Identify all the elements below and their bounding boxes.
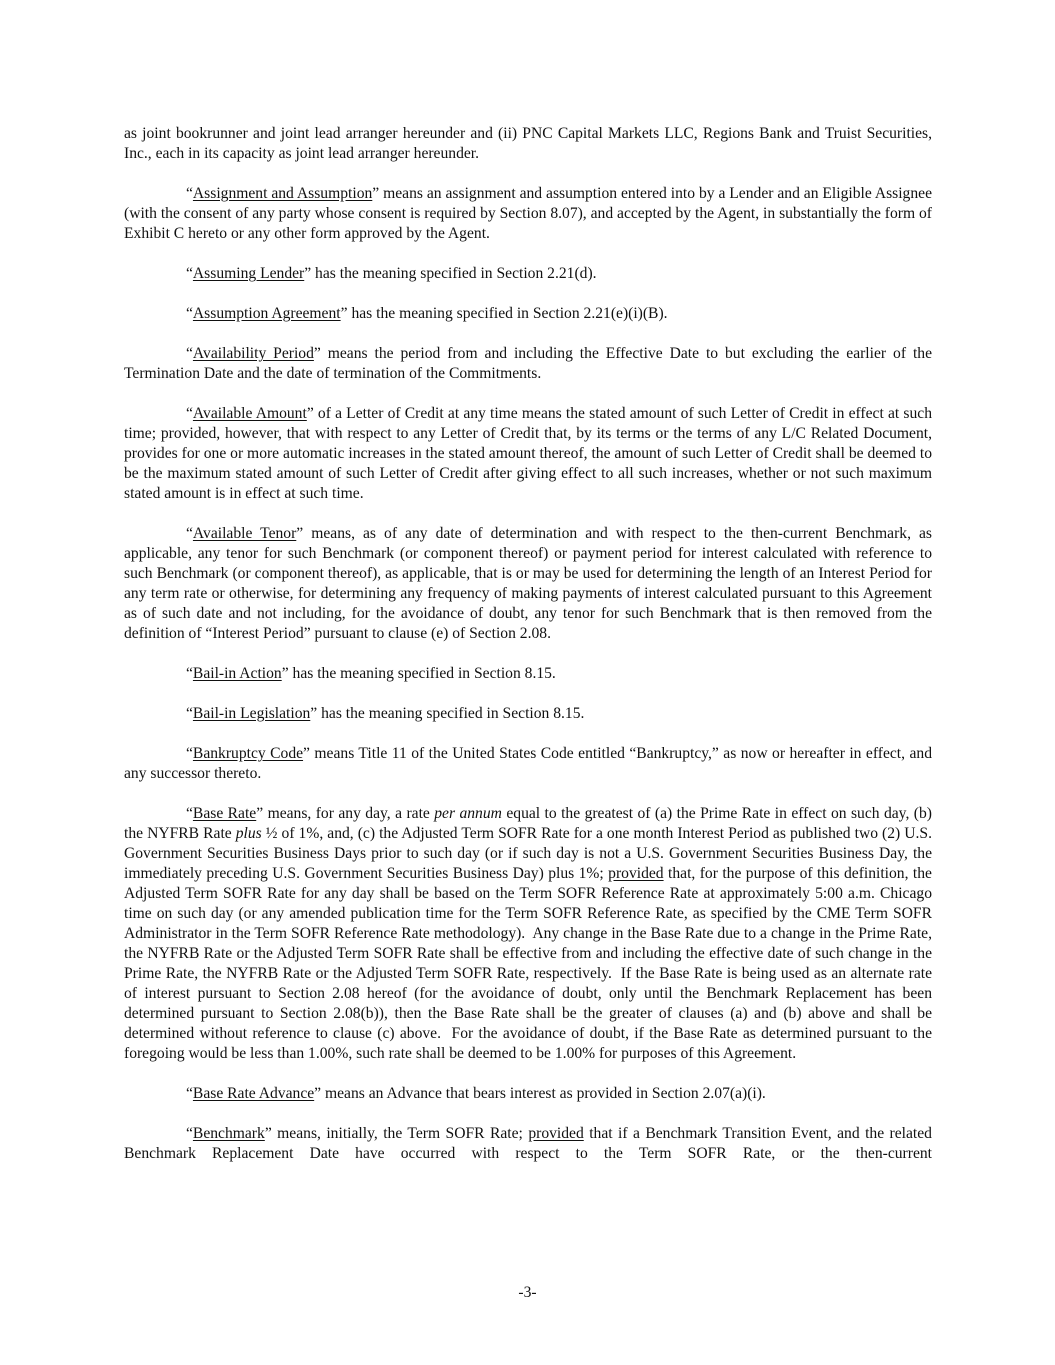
definition-text: that, for the purpose of this definition… [124, 865, 932, 1062]
defined-term: Bail-in Legislation [193, 705, 310, 722]
definition-text: has the meaning specified in Section 8.1… [317, 705, 584, 722]
definition-text: means, for any day, a rate [263, 805, 434, 822]
quote-open: “ [186, 745, 193, 762]
definition-assumption-agreement: “Assumption Agreement” has the meaning s… [124, 304, 932, 324]
quote-open: “ [186, 1125, 193, 1142]
definition-available-tenor: “Available Tenor” means, as of any date … [124, 524, 932, 644]
definition-bail-in-legislation: “Bail-in Legislation” has the meaning sp… [124, 704, 932, 724]
quote-close: ” [307, 405, 314, 422]
quote-close: ” [282, 665, 289, 682]
definition-text: has the meaning specified in Section 8.1… [289, 665, 556, 682]
quote-open: “ [186, 405, 193, 422]
continuation-paragraph: as joint bookrunner and joint lead arran… [124, 124, 932, 164]
defined-term: Assuming Lender [193, 265, 304, 282]
definition-text: means, as of any date of determination a… [124, 525, 932, 642]
defined-term: Bail-in Action [193, 665, 282, 682]
quote-open: “ [186, 185, 193, 202]
definition-text: means an Advance that bears interest as … [321, 1085, 766, 1102]
definition-bankruptcy-code: “Bankruptcy Code” means Title 11 of the … [124, 744, 932, 784]
quote-close: ” [265, 1125, 272, 1142]
definition-text: means, initially, the Term SOFR Rate; [272, 1125, 529, 1142]
underlined-proviso: provided [528, 1125, 583, 1142]
definition-base-rate: “Base Rate” means, for any day, a rate p… [124, 804, 932, 1064]
defined-term: Assignment and Assumption [193, 185, 372, 202]
page-number: -3- [0, 1284, 1055, 1302]
definition-text: has the meaning specified in Section 2.2… [348, 305, 668, 322]
quote-open: “ [186, 1085, 193, 1102]
quote-open: “ [186, 525, 193, 542]
quote-close: ” [341, 305, 348, 322]
quote-close: ” [303, 745, 310, 762]
quote-close: ” [314, 345, 321, 362]
definition-assignment-and-assumption: “Assignment and Assumption” means an ass… [124, 184, 932, 244]
document-page: as joint bookrunner and joint lead arran… [124, 124, 932, 1184]
definition-assuming-lender: “Assuming Lender” has the meaning specif… [124, 264, 932, 284]
defined-term: Available Tenor [193, 525, 296, 542]
quote-open: “ [186, 805, 193, 822]
quote-open: “ [186, 345, 193, 362]
definition-bail-in-action: “Bail-in Action” has the meaning specifi… [124, 664, 932, 684]
underlined-proviso: provided [608, 865, 663, 882]
definition-base-rate-advance: “Base Rate Advance” means an Advance tha… [124, 1084, 932, 1104]
quote-open: “ [186, 305, 193, 322]
defined-term: Available Amount [193, 405, 307, 422]
italic-text: plus [236, 825, 262, 842]
definition-availability-period: “Availability Period” means the period f… [124, 344, 932, 384]
defined-term: Bankruptcy Code [193, 745, 303, 762]
italic-text: per annum [434, 805, 502, 822]
quote-open: “ [186, 265, 193, 282]
definition-text: has the meaning specified in Section 2.2… [311, 265, 596, 282]
defined-term: Benchmark [193, 1125, 265, 1142]
defined-term: Availability Period [193, 345, 314, 362]
quote-open: “ [186, 665, 193, 682]
definition-benchmark: “Benchmark” means, initially, the Term S… [124, 1124, 932, 1164]
quote-open: “ [186, 705, 193, 722]
defined-term: Base Rate Advance [193, 1085, 314, 1102]
defined-term: Base Rate [193, 805, 256, 822]
defined-term: Assumption Agreement [193, 305, 341, 322]
definition-available-amount: “Available Amount” of a Letter of Credit… [124, 404, 932, 504]
